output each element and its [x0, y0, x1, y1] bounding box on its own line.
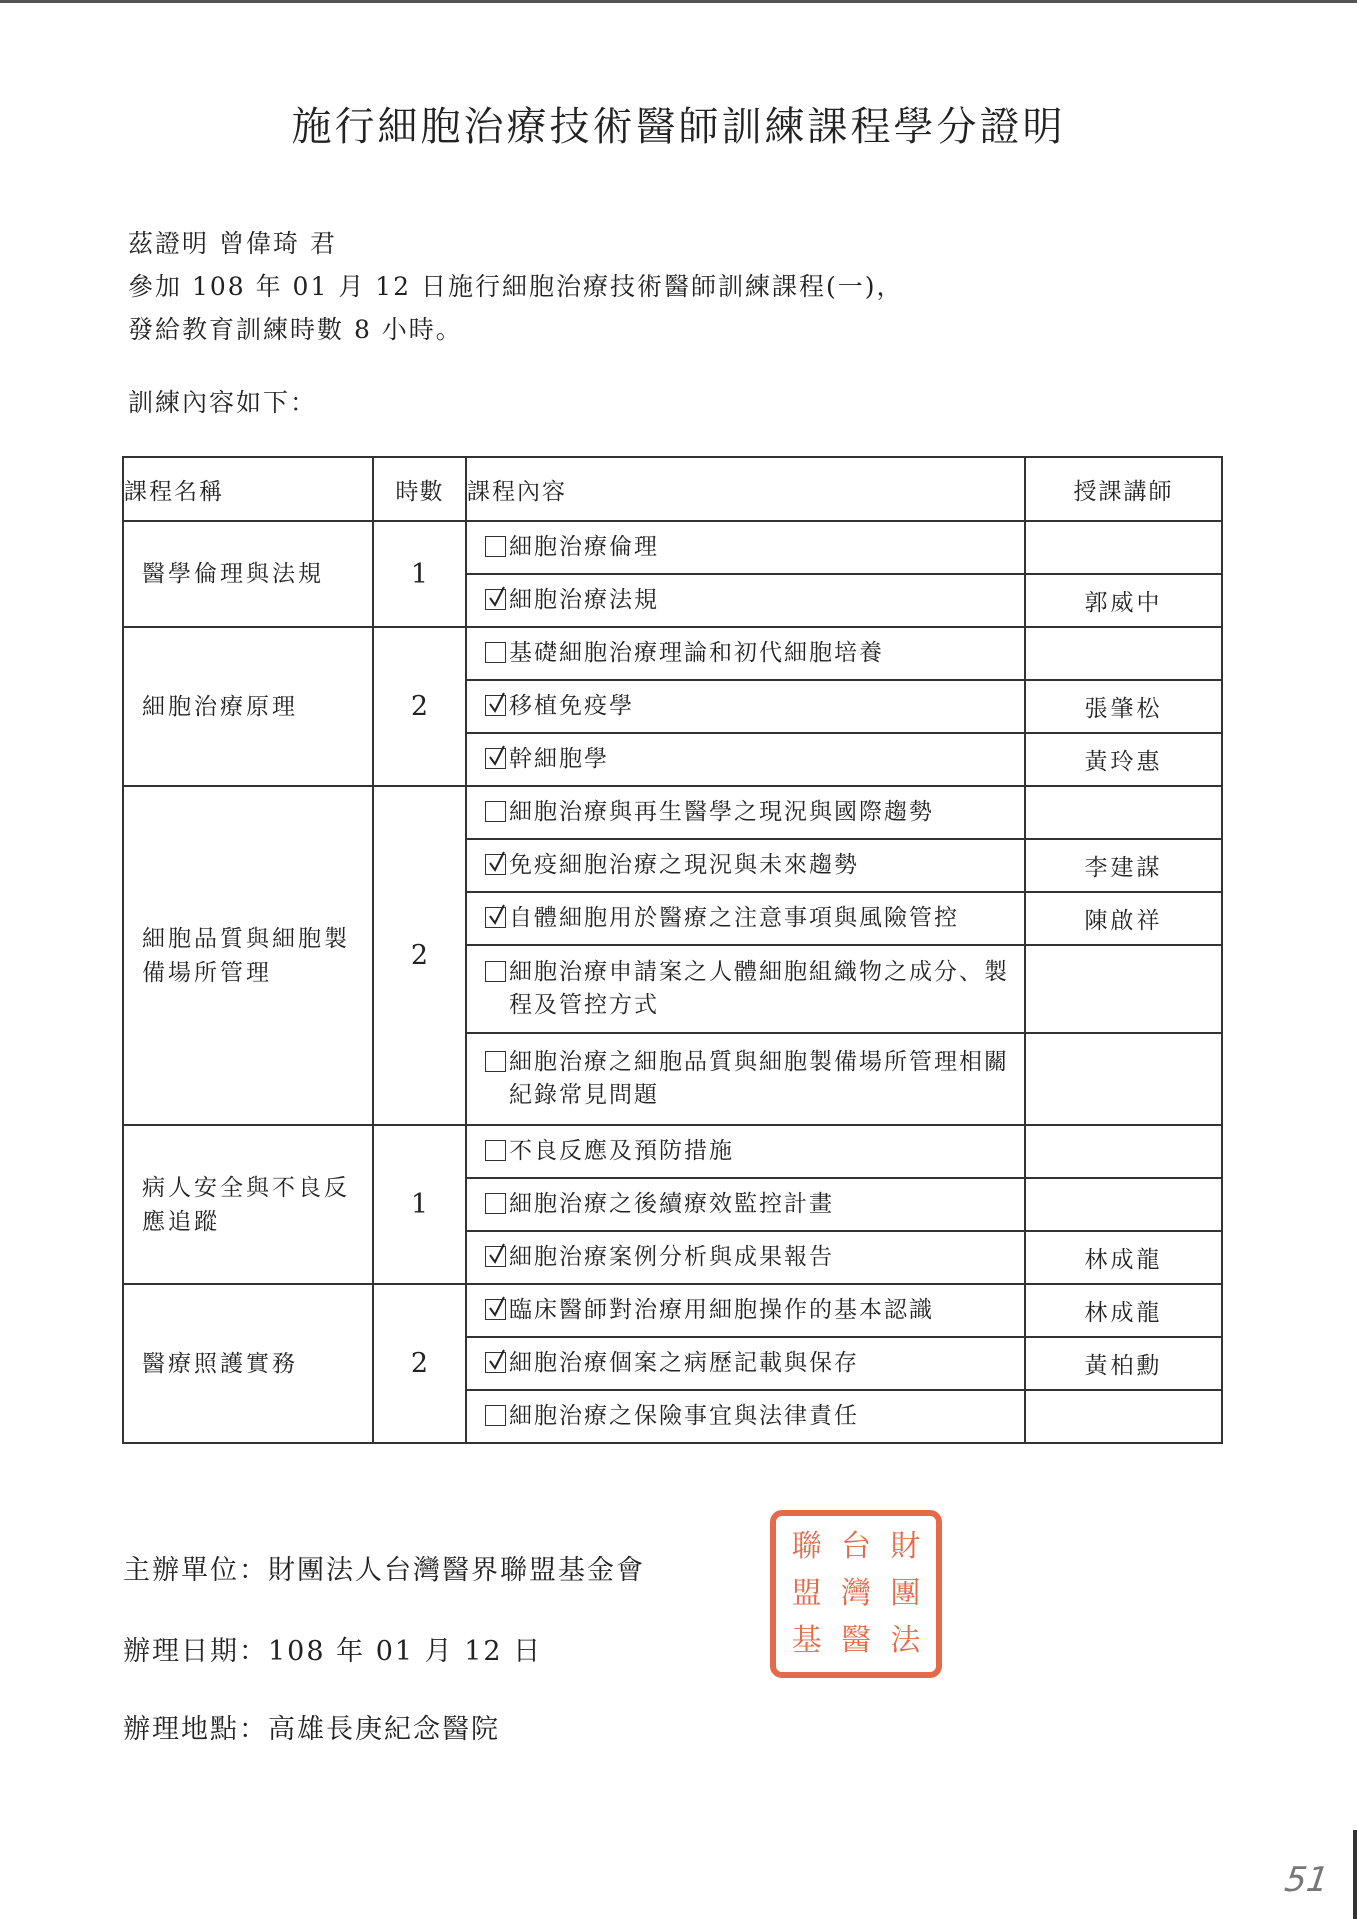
course-item: 自體細胞用於醫療之注意事項與風險管控 — [485, 902, 1016, 935]
seal-character: 財 — [881, 1524, 930, 1571]
teacher-cell — [1025, 1178, 1222, 1231]
unchecked-checkbox-icon — [485, 1051, 506, 1072]
course-item-text: 不良反應及預防措施 — [509, 1135, 1016, 1168]
course-hours-cell: 2 — [373, 786, 466, 1125]
scan-right-edge — [1353, 1830, 1357, 1919]
course-item: 臨床醫師對治療用細胞操作的基本認識 — [485, 1294, 1016, 1327]
course-content-cell: 細胞治療與再生醫學之現況與國際趨勢 — [466, 786, 1025, 839]
course-item: 細胞治療案例分析與成果報告 — [485, 1241, 1016, 1274]
teacher-cell — [1025, 1033, 1222, 1125]
course-item: 移植免疫學 — [485, 690, 1016, 723]
course-item: 細胞治療之後續療效監控計畫 — [485, 1188, 1016, 1221]
checked-checkbox-icon — [485, 854, 506, 875]
course-item-text: 細胞治療之保險事宜與法律責任 — [509, 1400, 1016, 1433]
course-name-cell: 病人安全與不良反應追蹤 — [123, 1125, 373, 1284]
table-row: 病人安全與不良反應追蹤1不良反應及預防措施 — [123, 1125, 1222, 1178]
unchecked-checkbox-icon — [485, 642, 506, 663]
course-item-text: 免疫細胞治療之現況與未來趨勢 — [509, 849, 1016, 882]
teacher-cell — [1025, 627, 1222, 680]
course-item-text: 細胞治療法規 — [509, 584, 1016, 617]
course-content-cell: 基礎細胞治療理論和初代細胞培養 — [466, 627, 1025, 680]
course-item-text: 臨床醫師對治療用細胞操作的基本認識 — [509, 1294, 1016, 1327]
teacher-cell — [1025, 1390, 1222, 1443]
course-table-body: 醫學倫理與法規1細胞治療倫理細胞治療法規郭威中細胞治療原理2基礎細胞治療理論和初… — [123, 521, 1222, 1443]
unchecked-checkbox-icon — [485, 801, 506, 822]
unchecked-checkbox-icon — [485, 1140, 506, 1161]
certificate-intro: 茲證明 曾偉琦 君 參加 108 年 01 月 12 日施行細胞治療技術醫師訓練… — [128, 222, 904, 351]
course-item: 免疫細胞治療之現況與未來趨勢 — [485, 849, 1016, 882]
seal-character: 團 — [881, 1571, 930, 1618]
course-item: 基礎細胞治療理論和初代細胞培養 — [485, 637, 1016, 670]
unchecked-checkbox-icon — [485, 1193, 506, 1214]
document-title: 施行細胞治療技術醫師訓練課程學分證明 — [0, 95, 1357, 152]
course-hours-cell: 1 — [373, 1125, 466, 1284]
course-hours-cell: 2 — [373, 1284, 466, 1443]
checked-checkbox-icon — [485, 1352, 506, 1373]
course-content-cell: 細胞治療申請案之人體細胞組織物之成分、製程及管控方式 — [466, 945, 1025, 1033]
course-name-cell: 細胞治療原理 — [123, 627, 373, 786]
course-item-text: 基礎細胞治療理論和初代細胞培養 — [509, 637, 1016, 670]
course-content-cell: 免疫細胞治療之現況與未來趨勢 — [466, 839, 1025, 892]
course-content-cell: 幹細胞學 — [466, 733, 1025, 786]
unchecked-checkbox-icon — [485, 1405, 506, 1426]
course-content-cell: 細胞治療之細胞品質與細胞製備場所管理相關紀錄常見問題 — [466, 1033, 1025, 1125]
teacher-cell — [1025, 1125, 1222, 1178]
course-item-text: 細胞治療申請案之人體細胞組織物之成分、製程及管控方式 — [509, 956, 1016, 1022]
course-item-text: 細胞治療之細胞品質與細胞製備場所管理相關紀錄常見問題 — [509, 1046, 1016, 1112]
course-content-cell: 細胞治療案例分析與成果報告 — [466, 1231, 1025, 1284]
training-content-caption: 訓練內容如下： — [128, 383, 317, 419]
course-item: 細胞治療個案之病歷記載與保存 — [485, 1347, 1016, 1380]
teacher-cell — [1025, 786, 1222, 839]
course-content-cell: 不良反應及預防措施 — [466, 1125, 1025, 1178]
teacher-cell: 郭威中 — [1025, 574, 1222, 627]
course-item-text: 細胞治療與再生醫學之現況與國際趨勢 — [509, 796, 1016, 829]
header-course-content: 課程內容 — [466, 457, 1025, 521]
course-content-cell: 細胞治療法規 — [466, 574, 1025, 627]
course-item: 細胞治療法規 — [485, 584, 1016, 617]
header-course-name: 課程名稱 — [123, 457, 373, 521]
course-name-cell: 細胞品質與細胞製備場所管理 — [123, 786, 373, 1125]
course-item: 細胞治療之細胞品質與細胞製備場所管理相關紀錄常見問題 — [485, 1046, 1016, 1112]
handwritten-page-number: 51 — [1282, 1860, 1331, 1900]
date-line: 辦理日期：108 年 01 月 12 日 — [123, 1629, 542, 1668]
seal-character: 醫 — [831, 1617, 880, 1664]
course-content-cell: 細胞治療之保險事宜與法律責任 — [466, 1390, 1025, 1443]
checked-checkbox-icon — [485, 907, 506, 928]
teacher-cell: 黃玲惠 — [1025, 733, 1222, 786]
teacher-cell — [1025, 945, 1222, 1033]
location-line: 辦理地點：高雄長庚紀念醫院 — [123, 1707, 500, 1746]
seal-character: 灣 — [831, 1571, 880, 1618]
course-item-text: 細胞治療倫理 — [509, 531, 1016, 564]
course-item-text: 自體細胞用於醫療之注意事項與風險管控 — [509, 902, 1016, 935]
course-table: 課程名稱 時數 課程內容 授課講師 醫學倫理與法規1細胞治療倫理細胞治療法規郭威… — [122, 456, 1223, 1444]
course-content-cell: 細胞治療倫理 — [466, 521, 1025, 574]
course-item: 不良反應及預防措施 — [485, 1135, 1016, 1168]
course-name-cell: 醫療照護實務 — [123, 1284, 373, 1443]
table-row: 細胞品質與細胞製備場所管理2細胞治療與再生醫學之現況與國際趨勢 — [123, 786, 1222, 839]
teacher-cell: 林成龍 — [1025, 1231, 1222, 1284]
unchecked-checkbox-icon — [485, 536, 506, 557]
course-content-cell: 自體細胞用於醫療之注意事項與風險管控 — [466, 892, 1025, 945]
unchecked-checkbox-icon — [485, 961, 506, 982]
course-hours-cell: 1 — [373, 521, 466, 627]
table-row: 醫學倫理與法規1細胞治療倫理 — [123, 521, 1222, 574]
course-item-text: 幹細胞學 — [509, 743, 1016, 776]
course-item-text: 移植免疫學 — [509, 690, 1016, 723]
teacher-cell: 陳啟祥 — [1025, 892, 1222, 945]
seal-character: 法 — [881, 1617, 930, 1664]
table-row: 細胞治療原理2基礎細胞治療理論和初代細胞培養 — [123, 627, 1222, 680]
course-content-cell: 細胞治療個案之病歷記載與保存 — [466, 1337, 1025, 1390]
organizer-line: 主辦單位：財團法人台灣醫界聯盟基金會 — [123, 1548, 645, 1587]
checked-checkbox-icon — [485, 1246, 506, 1267]
official-seal-stamp: 聯台財盟灣團基醫法 — [770, 1510, 942, 1678]
table-row: 醫療照護實務2臨床醫師對治療用細胞操作的基本認識林成龍 — [123, 1284, 1222, 1337]
course-content-cell: 細胞治療之後續療效監控計畫 — [466, 1178, 1025, 1231]
teacher-cell: 林成龍 — [1025, 1284, 1222, 1337]
intro-line-attendance: 參加 108 年 01 月 12 日施行細胞治療技術醫師訓練課程(一)， — [128, 265, 904, 308]
teacher-cell: 李建謀 — [1025, 839, 1222, 892]
table-header-row: 課程名稱 時數 課程內容 授課講師 — [123, 457, 1222, 521]
course-item: 細胞治療申請案之人體細胞組織物之成分、製程及管控方式 — [485, 956, 1016, 1022]
teacher-cell: 張肇松 — [1025, 680, 1222, 733]
course-item-text: 細胞治療個案之病歷記載與保存 — [509, 1347, 1016, 1380]
course-item-text: 細胞治療案例分析與成果報告 — [509, 1241, 1016, 1274]
course-item-text: 細胞治療之後續療效監控計畫 — [509, 1188, 1016, 1221]
seal-character: 盟 — [782, 1571, 831, 1618]
intro-line-hours: 發給教育訓練時數 8 小時。 — [128, 308, 904, 351]
course-item: 幹細胞學 — [485, 743, 1016, 776]
course-item: 細胞治療之保險事宜與法律責任 — [485, 1400, 1016, 1433]
checked-checkbox-icon — [485, 695, 506, 716]
course-item: 細胞治療倫理 — [485, 531, 1016, 564]
course-hours-cell: 2 — [373, 627, 466, 786]
checked-checkbox-icon — [485, 589, 506, 610]
header-teacher: 授課講師 — [1025, 457, 1222, 521]
seal-character: 台 — [831, 1524, 880, 1571]
intro-line-certify: 茲證明 曾偉琦 君 — [128, 222, 904, 265]
course-content-cell: 臨床醫師對治療用細胞操作的基本認識 — [466, 1284, 1025, 1337]
course-item: 細胞治療與再生醫學之現況與國際趨勢 — [485, 796, 1016, 829]
checked-checkbox-icon — [485, 1299, 506, 1320]
teacher-cell — [1025, 521, 1222, 574]
seal-character: 聯 — [782, 1524, 831, 1571]
header-hours: 時數 — [373, 457, 466, 521]
scan-top-edge — [0, 0, 1357, 3]
course-content-cell: 移植免疫學 — [466, 680, 1025, 733]
seal-character: 基 — [782, 1617, 831, 1664]
course-name-cell: 醫學倫理與法規 — [123, 521, 373, 627]
checked-checkbox-icon — [485, 748, 506, 769]
teacher-cell: 黃柏勳 — [1025, 1337, 1222, 1390]
